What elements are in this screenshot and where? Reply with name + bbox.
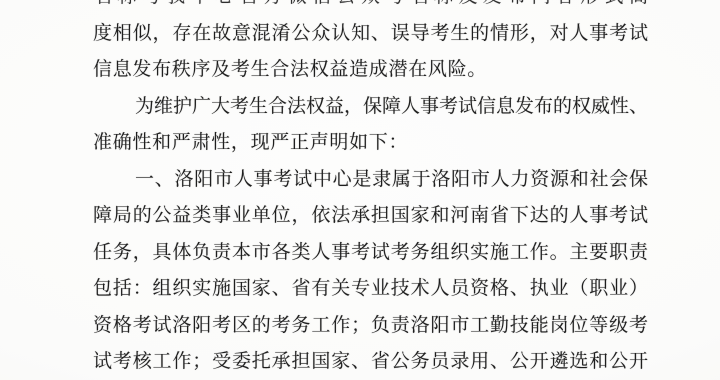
text-line-6: 障局的公益类事业单位，依法承担国家和河南省下达的人事考试 — [93, 198, 648, 235]
text-line-4: 准确性和严肃性，现严正声明如下： — [93, 125, 648, 162]
text-line-2: 信息发布秩序及考生合法权益造成潜在风险。 — [93, 52, 648, 89]
text-line-10: 试考核工作；受委托承担国家、省公务员录用、公开遴选和公开 — [93, 344, 648, 380]
text-line-7: 任务，具体负责本市各类人事考试考务组织实施工作。主要职责 — [93, 235, 648, 272]
text-line-1: 度相似，存在故意混淆公众认知、误导考生的情形，对人事考试 — [93, 16, 648, 53]
text-line-8: 包括：组织实施国家、省有关专业技术人员资格、执业（职业） — [93, 271, 648, 308]
statement-text-block: 名称与我中心官方微信公众号名称及发布内容形式高 度相似，存在故意混淆公众认知、误… — [93, 0, 648, 380]
clipped-text-line: 名称与我中心官方微信公众号名称及发布内容形式高 — [93, 0, 648, 16]
scanned-document-page: 名称与我中心官方微信公众号名称及发布内容形式高 度相似，存在故意混淆公众认知、误… — [0, 0, 720, 380]
text-line-3: 为维护广大考生合法权益，保障人事考试信息发布的权威性、 — [93, 89, 648, 126]
text-line-5: 一、洛阳市人事考试中心是隶属于洛阳市人力资源和社会保 — [93, 162, 648, 199]
text-line-9: 资格考试洛阳考区的考务工作；负责洛阳市工勤技能岗位等级考 — [93, 308, 648, 345]
